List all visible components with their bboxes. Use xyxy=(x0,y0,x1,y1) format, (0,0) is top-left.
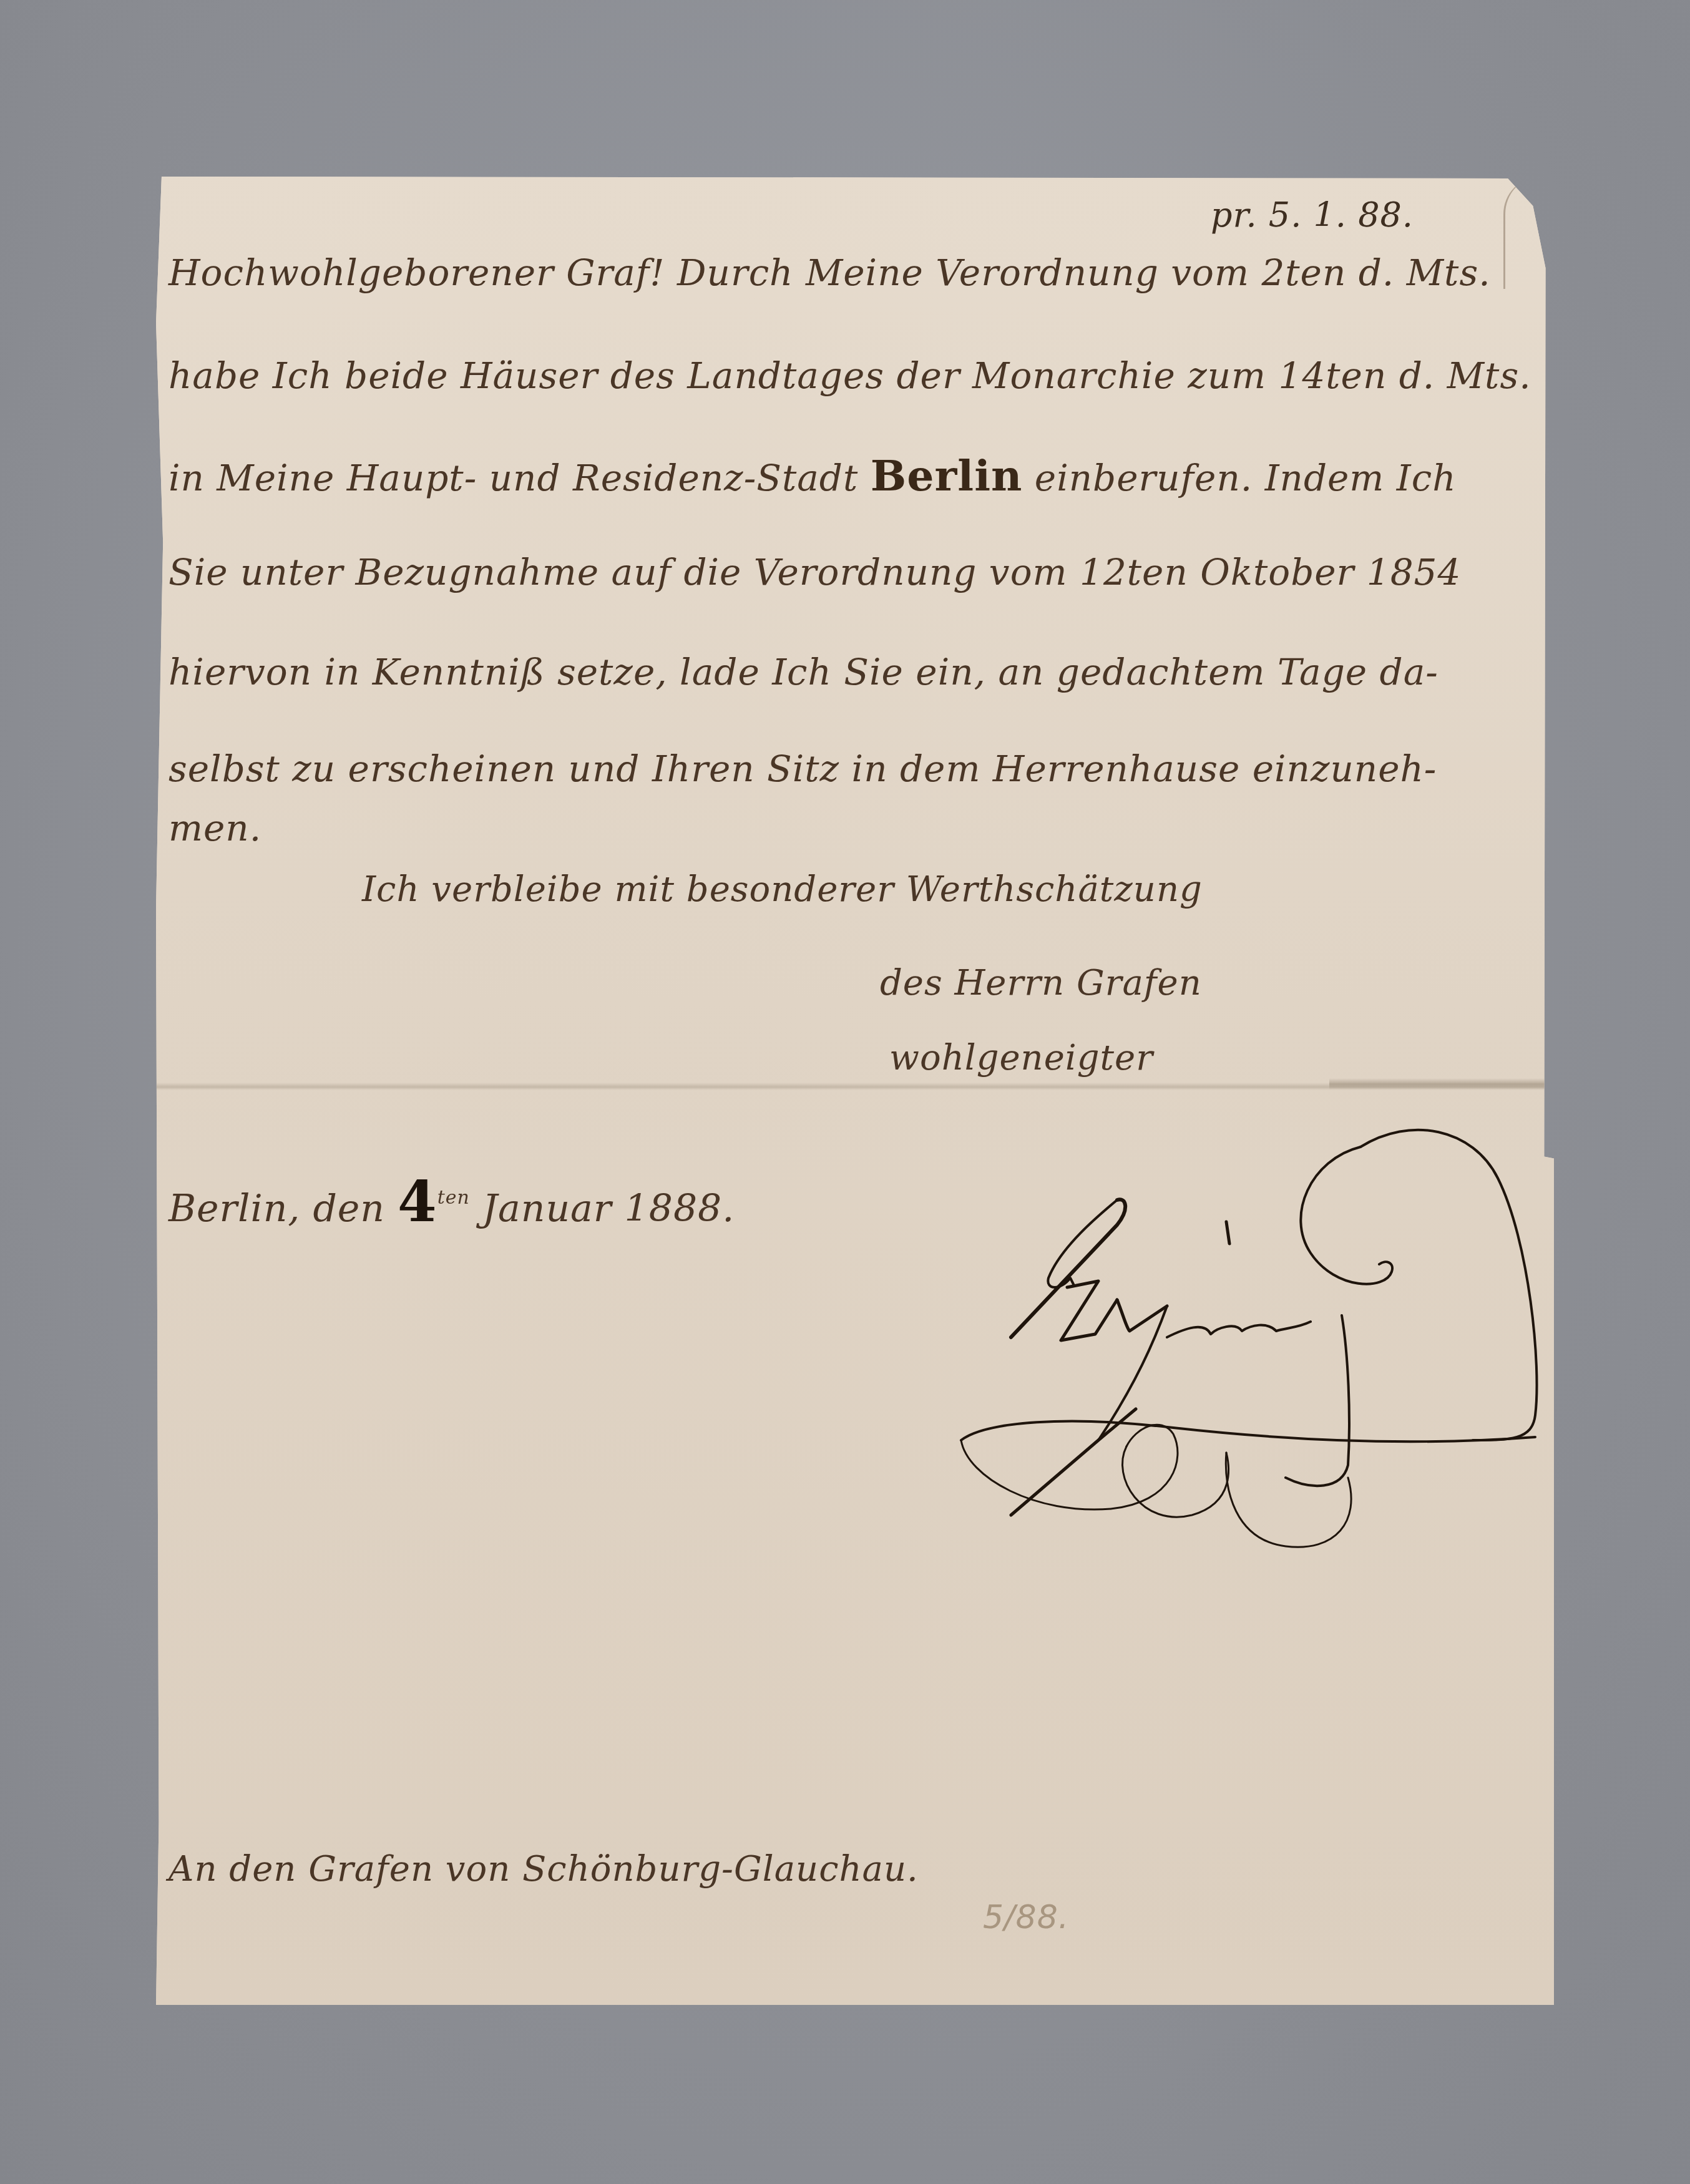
dateline-day: 4 xyxy=(398,1169,437,1235)
dateline: Berlin, den 4ten Januar 1888. xyxy=(169,1169,735,1235)
fold-tear xyxy=(1329,1078,1554,1090)
address-line: An den Grafen von Schönburg-Glauchau. xyxy=(169,1849,919,1889)
letter-sheet: pr. 5. 1. 88. Hochwohlgeborener Graf! Du… xyxy=(156,177,1554,2005)
signature-flourish: Wilhelm xyxy=(911,1091,1560,1565)
body-line-5: hiervon in Kenntniß setze, lade Ich Sie … xyxy=(169,651,1438,693)
body-line-7: men. xyxy=(169,807,261,849)
closing-line-1: Ich verbleibe mit besonderer Werthschätz… xyxy=(362,869,1203,910)
body-line-3-end: einberufen. Indem Ich xyxy=(1035,457,1457,499)
dateline-day-suffix: ten xyxy=(437,1187,470,1209)
closing-line-2: des Herrn Grafen xyxy=(880,963,1202,1003)
pencil-note: 5/88. xyxy=(983,1899,1069,1936)
dateline-place: Berlin, den xyxy=(169,1187,385,1231)
body-line-1: Hochwohlgeborener Graf! Durch Meine Vero… xyxy=(169,251,1491,294)
closing-line-3: wohlgeneigter xyxy=(889,1038,1153,1078)
berlin-emphasis: Berlin xyxy=(871,451,1023,501)
body-line-6: selbst zu erscheinen und Ihren Sitz in d… xyxy=(169,748,1437,790)
body-line-3-start: in Meine Haupt- und Residenz-Stadt xyxy=(169,457,858,499)
registry-note: pr. 5. 1. 88. xyxy=(1211,195,1414,235)
folded-corner xyxy=(1503,177,1549,289)
body-line-3: in Meine Haupt- und Residenz-Stadt Berli… xyxy=(169,451,1457,501)
dateline-month-year: Januar 1888. xyxy=(482,1187,735,1231)
body-line-4: Sie unter Bezugnahme auf die Verordnung … xyxy=(169,551,1461,593)
body-line-2: habe Ich beide Häuser des Landtages der … xyxy=(169,354,1531,397)
